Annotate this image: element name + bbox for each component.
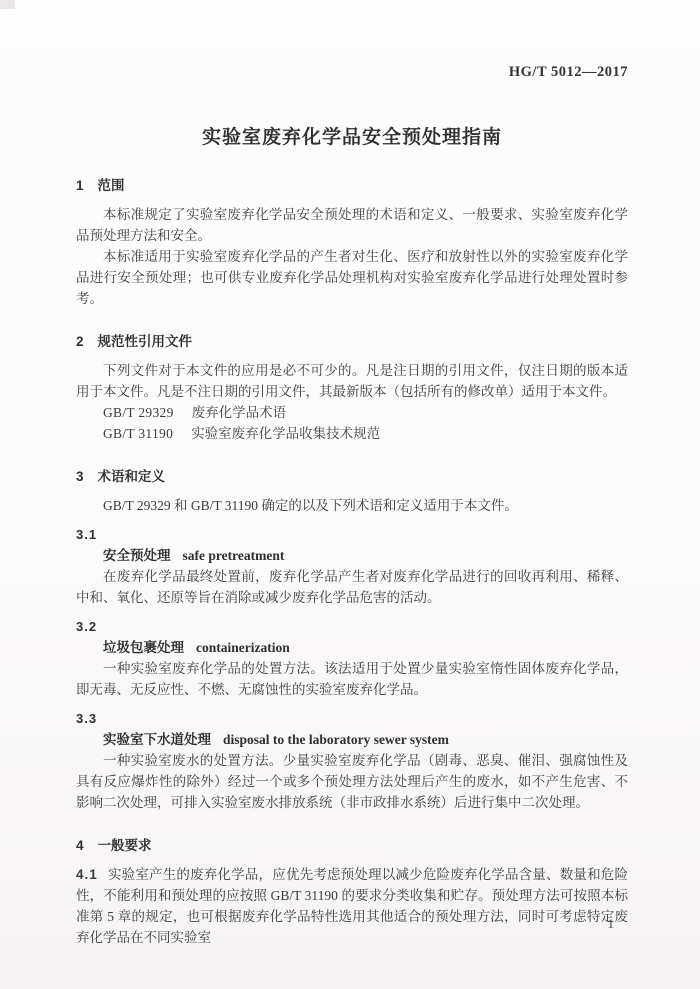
term-definition: 在废弃化学品最终处置前，废弃化学品产生者对废弃化学品进行的回收再利用、稀释、中和… <box>76 566 628 608</box>
references-intro-paragraph: 下列文件对于本文件的应用是必不可少的。凡是注日期的引用文件，仅注日期的版本适用于… <box>76 360 628 402</box>
section-number: 4 <box>76 838 84 853</box>
scan-artifact-mark <box>0 0 15 9</box>
clause-text: 实验室产生的废弃化学品，应优先考虑预处理以减少危险废弃化学品含量、数量和危险性，… <box>76 867 628 945</box>
term-number-3-2: 3.2 <box>76 616 628 637</box>
term-name-en: disposal to the laboratory sewer system <box>223 732 449 747</box>
section-heading-scope: 1范围 <box>76 175 628 196</box>
term-definition: 一种实验室废弃化学品的处置方法。该法适用于处置少量实验室惰性固体废弃化学品，即无… <box>76 658 628 700</box>
section-number: 3 <box>76 469 84 484</box>
term-name-zh: 垃圾包裹处理 <box>103 640 184 655</box>
term-name-zh: 安全预处理 <box>103 548 171 563</box>
document-title: 实验室废弃化学品安全预处理指南 <box>76 123 628 153</box>
section-title: 术语和定义 <box>98 469 166 484</box>
document-page: HG/T 5012—2017 实验室废弃化学品安全预处理指南 1范围 本标准规定… <box>0 0 700 989</box>
section-title: 规范性引用文件 <box>98 334 193 349</box>
section-heading-general-requirements: 4一般要求 <box>76 835 628 856</box>
section-heading-normative-references: 2规范性引用文件 <box>76 331 628 352</box>
reference-code: GB/T 29329 <box>103 405 174 420</box>
term-heading: 垃圾包裹处理containerization <box>76 637 628 658</box>
term-name-zh: 实验室下水道处理 <box>103 732 211 747</box>
term-number-3-3: 3.3 <box>76 708 628 729</box>
term-name-en: containerization <box>196 640 290 655</box>
section-title: 范围 <box>98 178 125 193</box>
term-definition: 一种实验室废水的处置方法。少量实验室废弃化学品（剧毒、恶臭、催泪、强腐蚀性及具有… <box>76 750 628 813</box>
reference-code: GB/T 31190 <box>103 426 173 441</box>
reference-item: GB/T 31190实验室废弃化学品收集技术规范 <box>76 423 628 444</box>
section-title: 一般要求 <box>98 838 152 853</box>
section-heading-terms-definitions: 3术语和定义 <box>76 466 628 487</box>
section-number: 2 <box>76 334 84 349</box>
term-heading: 安全预处理safe pretreatment <box>76 545 628 566</box>
reference-title: 废弃化学品术语 <box>192 405 287 420</box>
standard-code: HG/T 5012—2017 <box>76 62 628 83</box>
clause-number: 4.1 <box>76 867 98 882</box>
term-number-3-1: 3.1 <box>76 524 628 545</box>
scope-paragraph-2: 本标准适用于实验室废弃化学品的产生者对生化、医疗和放射性以外的实验室废弃化学品进… <box>76 246 628 309</box>
clause-4-1: 4.1实验室产生的废弃化学品，应优先考虑预处理以减少危险废弃化学品含量、数量和危… <box>76 864 628 948</box>
terms-intro-paragraph: GB/T 29329 和 GB/T 31190 确定的以及下列术语和定义适用于本… <box>76 495 628 516</box>
term-heading: 实验室下水道处理disposal to the laboratory sewer… <box>76 729 628 750</box>
section-number: 1 <box>76 178 84 193</box>
term-name-en: safe pretreatment <box>183 548 285 563</box>
reference-title: 实验室废弃化学品收集技术规范 <box>191 426 380 441</box>
page-number: 1 <box>608 916 615 932</box>
scope-paragraph-1: 本标准规定了实验室废弃化学品安全预处理的术语和定义、一般要求、实验室废弃化学品预… <box>76 204 628 246</box>
reference-item: GB/T 29329废弃化学品术语 <box>76 402 628 423</box>
